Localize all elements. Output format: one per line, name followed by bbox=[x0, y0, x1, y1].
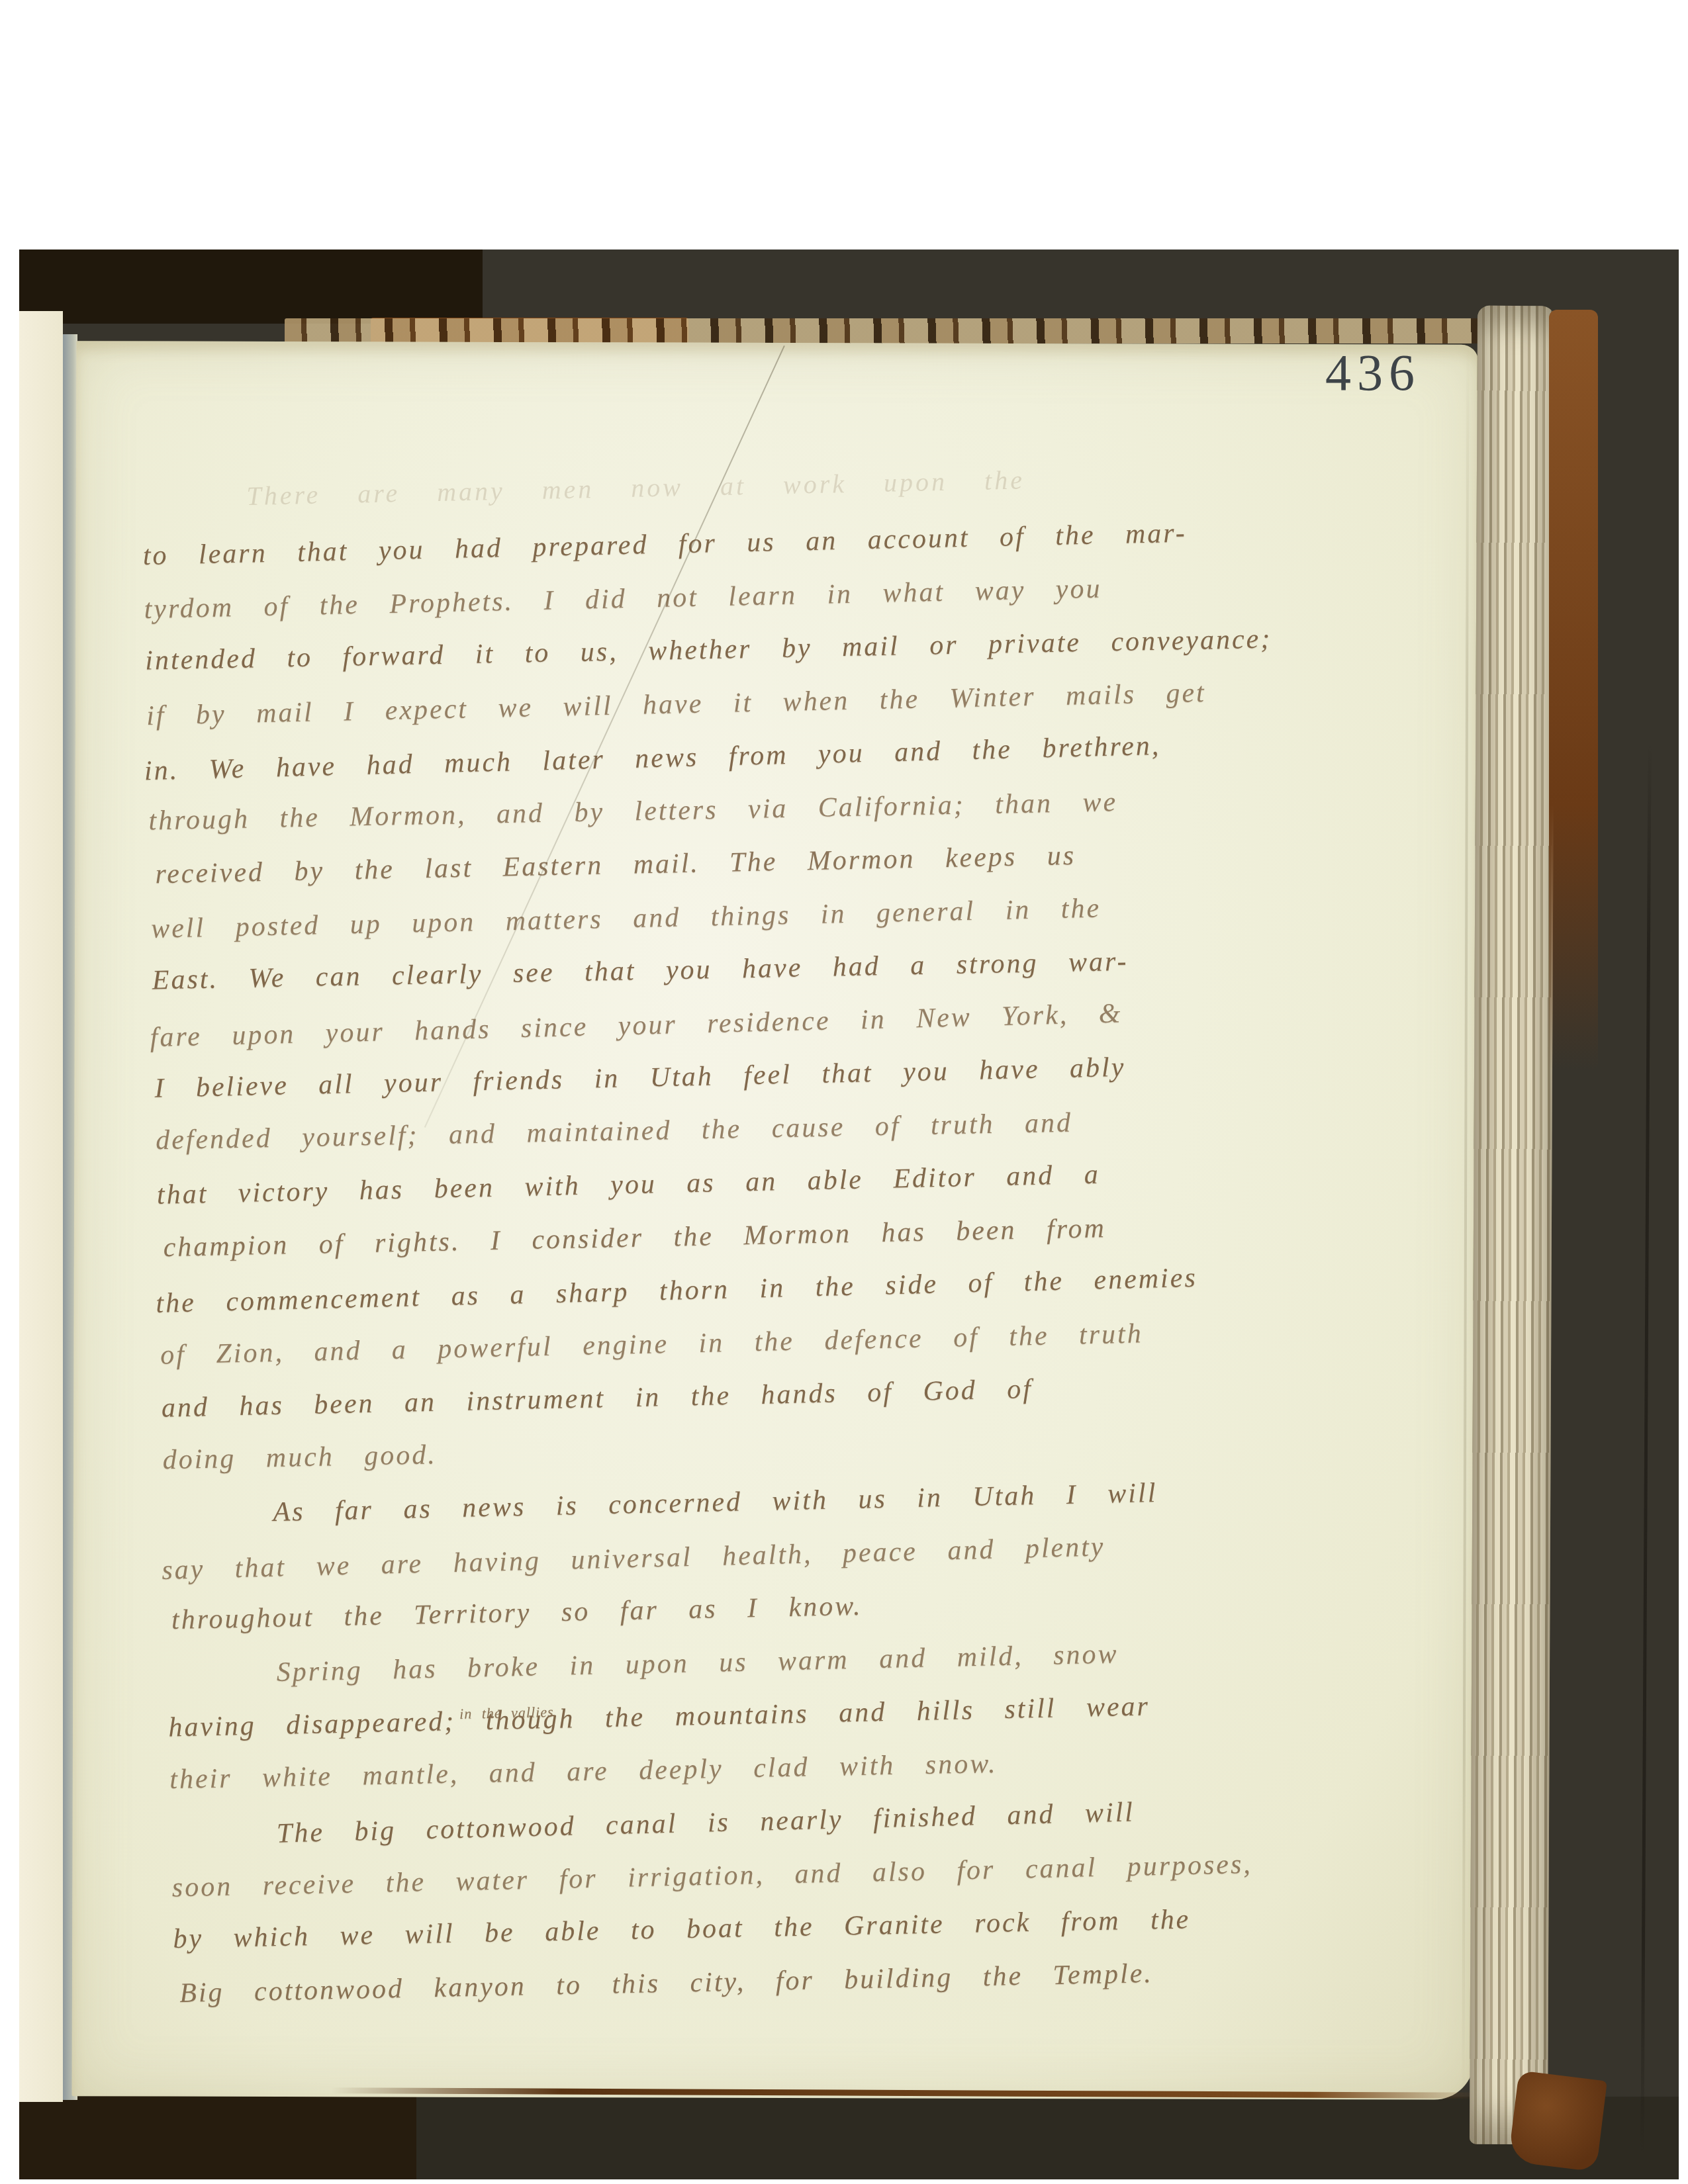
leather-cover-right-edge bbox=[1549, 310, 1598, 1071]
underlying-page-edge bbox=[19, 311, 63, 2102]
book-gutter-shadow-top bbox=[19, 250, 483, 324]
interlinear-insert-note: in the vallies bbox=[459, 1705, 554, 1721]
page-number: 436 bbox=[1325, 343, 1421, 402]
leather-cover-corner bbox=[1508, 2070, 1607, 2171]
torn-top-edge bbox=[285, 318, 1483, 343]
scanned-page-photo: 436 There are many men now at work upon … bbox=[0, 0, 1688, 2184]
book-gutter-shadow-bottom bbox=[19, 2093, 416, 2179]
manuscript-text: to learn that you had prepared for us an… bbox=[142, 500, 1499, 2021]
